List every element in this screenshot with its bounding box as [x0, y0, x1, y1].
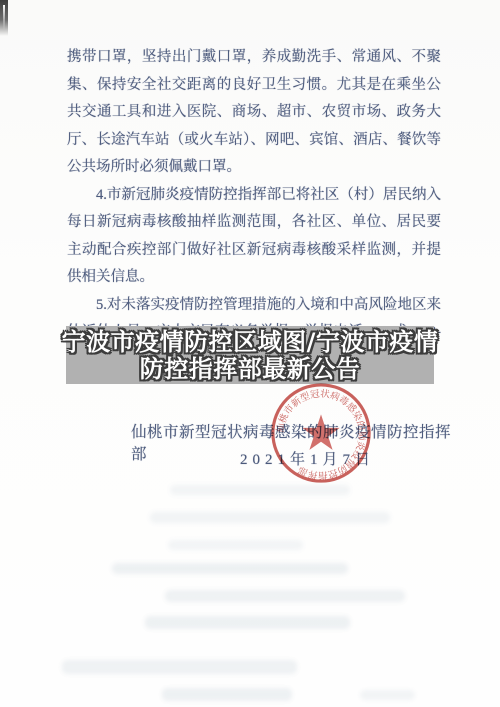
- ink-bleed-smudge: [150, 512, 390, 523]
- ink-bleed-smudge: [162, 688, 292, 701]
- headline-overlay-title: 宁波市疫情防控区域图/宁波市疫情防控指挥部最新公告: [50, 325, 450, 387]
- ink-bleed-smudge: [145, 616, 350, 629]
- seal-star-icon: [302, 414, 339, 450]
- ink-bleed-smudge: [112, 563, 348, 574]
- scanned-notice-page: 携带口罩，坚持出门戴口罩，养成勤洗手、常通风、不聚集、保持安全社交距离的良好卫生…: [0, 0, 500, 707]
- ink-bleed-smudge: [165, 590, 405, 602]
- ink-bleed-smudge: [62, 660, 297, 674]
- ink-bleed-smudge: [360, 690, 415, 700]
- notice-paragraph: 4.市新冠肺炎疫情防控指挥部已将社区（村）居民纳入每日新冠病毒核酸抽样监测范围，…: [67, 182, 441, 292]
- ink-bleed-smudge: [168, 540, 303, 550]
- official-red-seal: 仙桃市新型冠状病毒感染的肺炎疫情防控指挥部: [267, 379, 375, 487]
- scan-artifact-streak: [3, 5, 5, 33]
- notice-paragraph: 携带口罩，坚持出门戴口罩，养成勤洗手、常通风、不聚集、保持安全社交距离的良好卫生…: [67, 44, 441, 182]
